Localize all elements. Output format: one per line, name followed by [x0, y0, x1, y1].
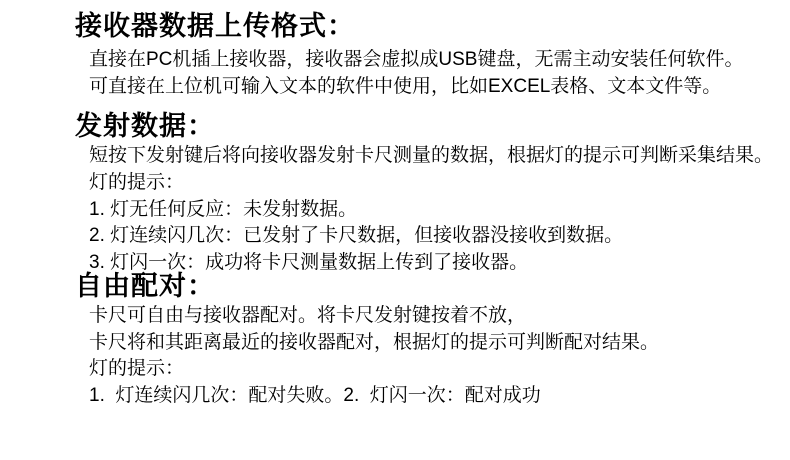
list-item-pairing-results: 1. 灯连续闪几次：配对失败。2. 灯闪一次：配对成功 — [89, 383, 786, 410]
section-free-pairing: 自由配对： 卡尺可自由与接收器配对。将卡尺发射键按着不放， 卡尺将和其距离最近的… — [75, 269, 786, 410]
list-item-1: 1. 灯无任何反应：未发射数据。 — [89, 197, 786, 224]
text-line-light-hints-label: 灯的提示： — [89, 356, 786, 383]
section-receiver-upload-format: 接收器数据上传格式： 直接在PC机插上接收器，接收器会虚拟成USB键盘，无需主动… — [75, 9, 786, 101]
text-line: 卡尺可自由与接收器配对。将卡尺发射键按着不放， — [89, 303, 786, 330]
text-line: 可直接在上位机可输入文本的软件中使用，比如EXCEL表格、文本文件等。 — [89, 74, 786, 101]
section-transmit-data: 发射数据： 短按下发射键后将向接收器发射卡尺测量的数据，根据灯的提示可判断采集结… — [75, 109, 786, 277]
section-heading-receiver-upload-format: 接收器数据上传格式： — [75, 9, 786, 43]
instruction-document-page: 接收器数据上传格式： 直接在PC机插上接收器，接收器会虚拟成USB键盘，无需主动… — [0, 0, 790, 460]
section-heading-transmit-data: 发射数据： — [75, 109, 786, 143]
text-line: 短按下发射键后将向接收器发射卡尺测量的数据，根据灯的提示可判断采集结果。 — [89, 143, 786, 170]
text-line: 卡尺将和其距离最近的接收器配对，根据灯的提示可判断配对结果。 — [89, 330, 786, 357]
text-line: 直接在PC机插上接收器，接收器会虚拟成USB键盘，无需主动安装任何软件。 — [89, 47, 786, 74]
list-item-2: 2. 灯连续闪几次：已发射了卡尺数据，但接收器没接收到数据。 — [89, 223, 786, 250]
text-line-light-hints-label: 灯的提示： — [89, 170, 786, 197]
